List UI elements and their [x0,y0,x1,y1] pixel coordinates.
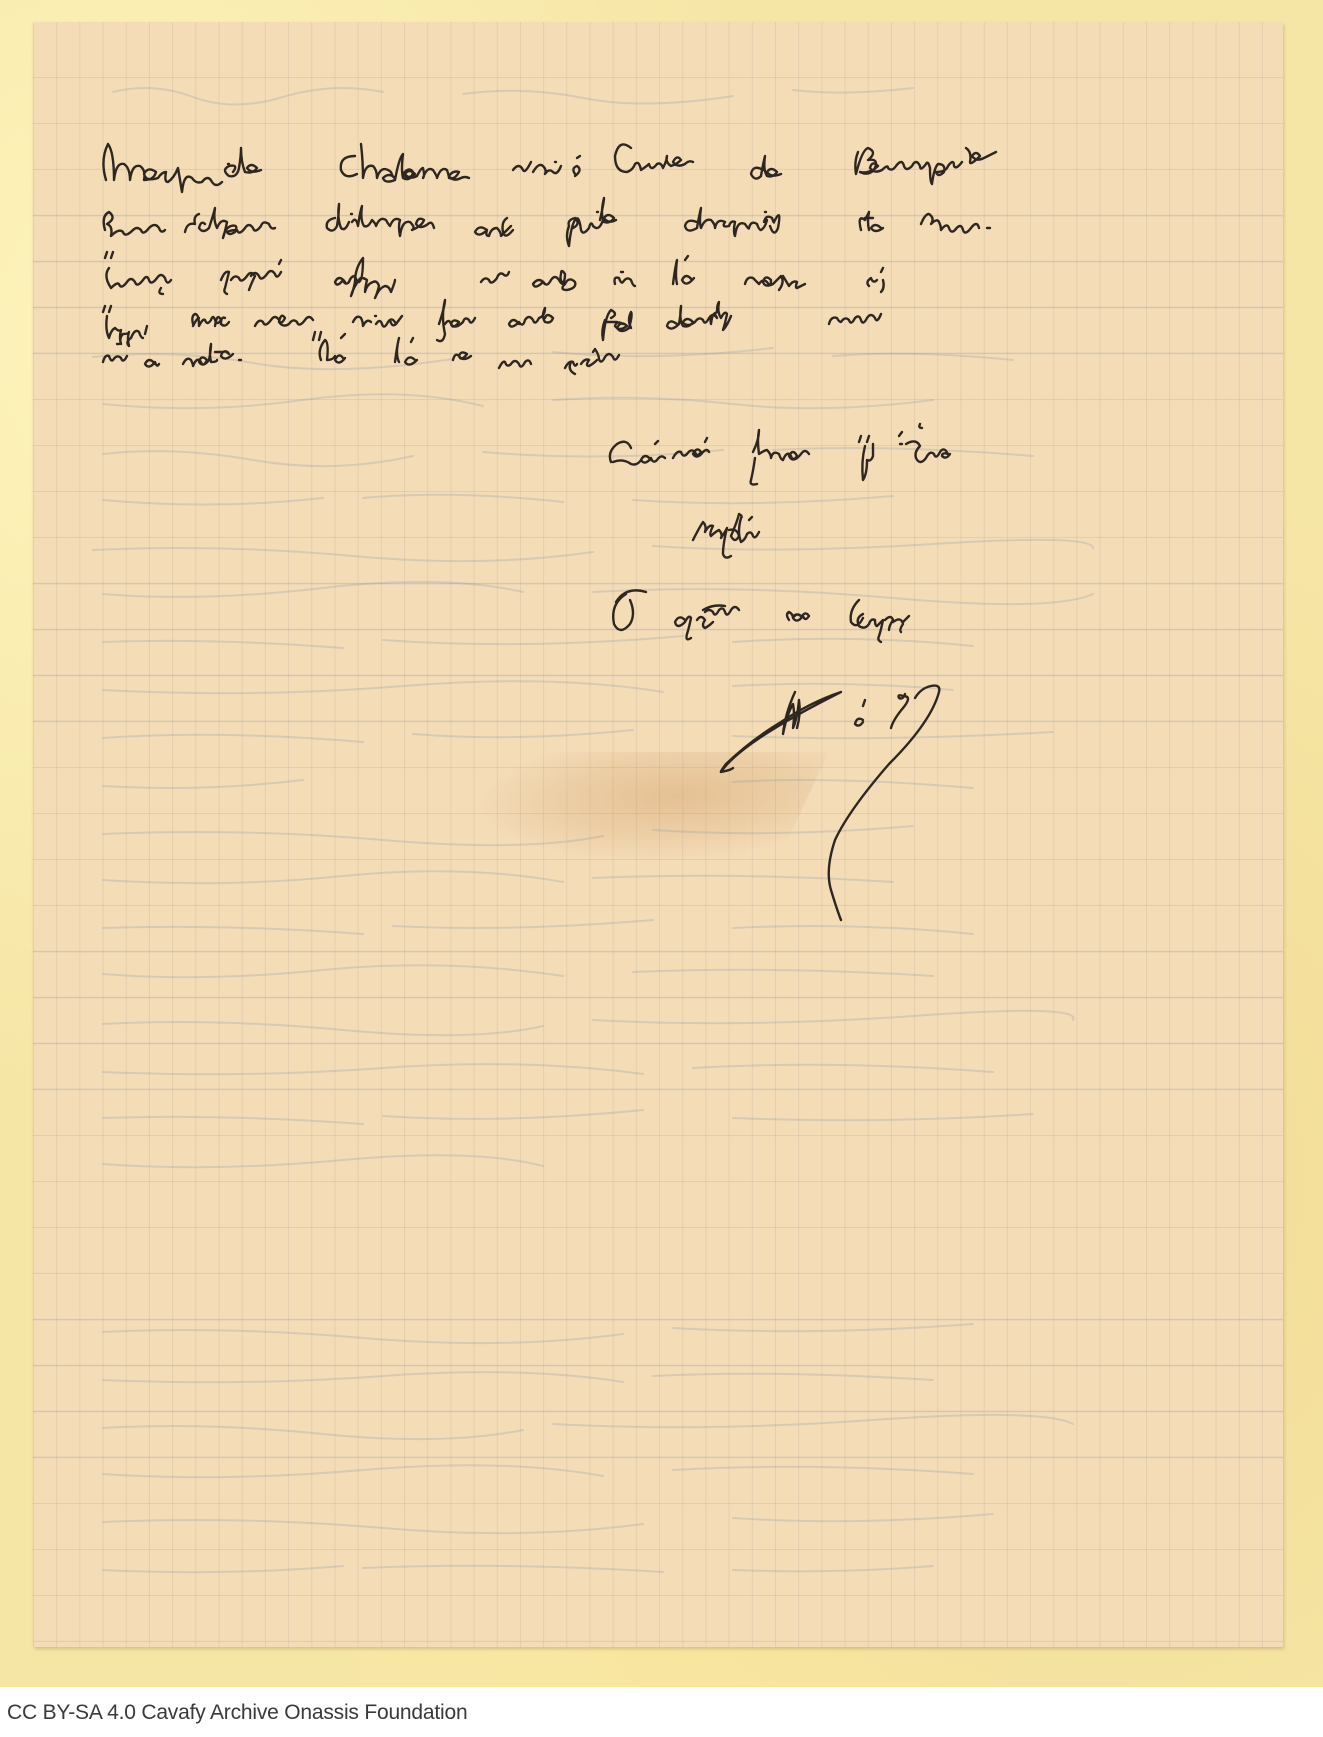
letter-page: Marquis de Chabannes καί ὁ Comte de Beau… [33,22,1283,1647]
handwritten-line-1 [103,144,996,192]
handwriting-ink [33,22,1283,1647]
handwritten-line-3 [105,252,884,298]
closing-line-1 [610,424,950,485]
handwritten-line-2 [104,198,990,246]
license-caption: CC BY-SA 4.0 Cavafy Archive Onassis Foun… [7,1701,467,1725]
signature [721,686,939,920]
handwritten-line-5 [103,332,619,374]
closing-line-2 [693,514,759,558]
handwritten-line-4 [103,300,881,346]
closing-line-3 [613,590,909,642]
